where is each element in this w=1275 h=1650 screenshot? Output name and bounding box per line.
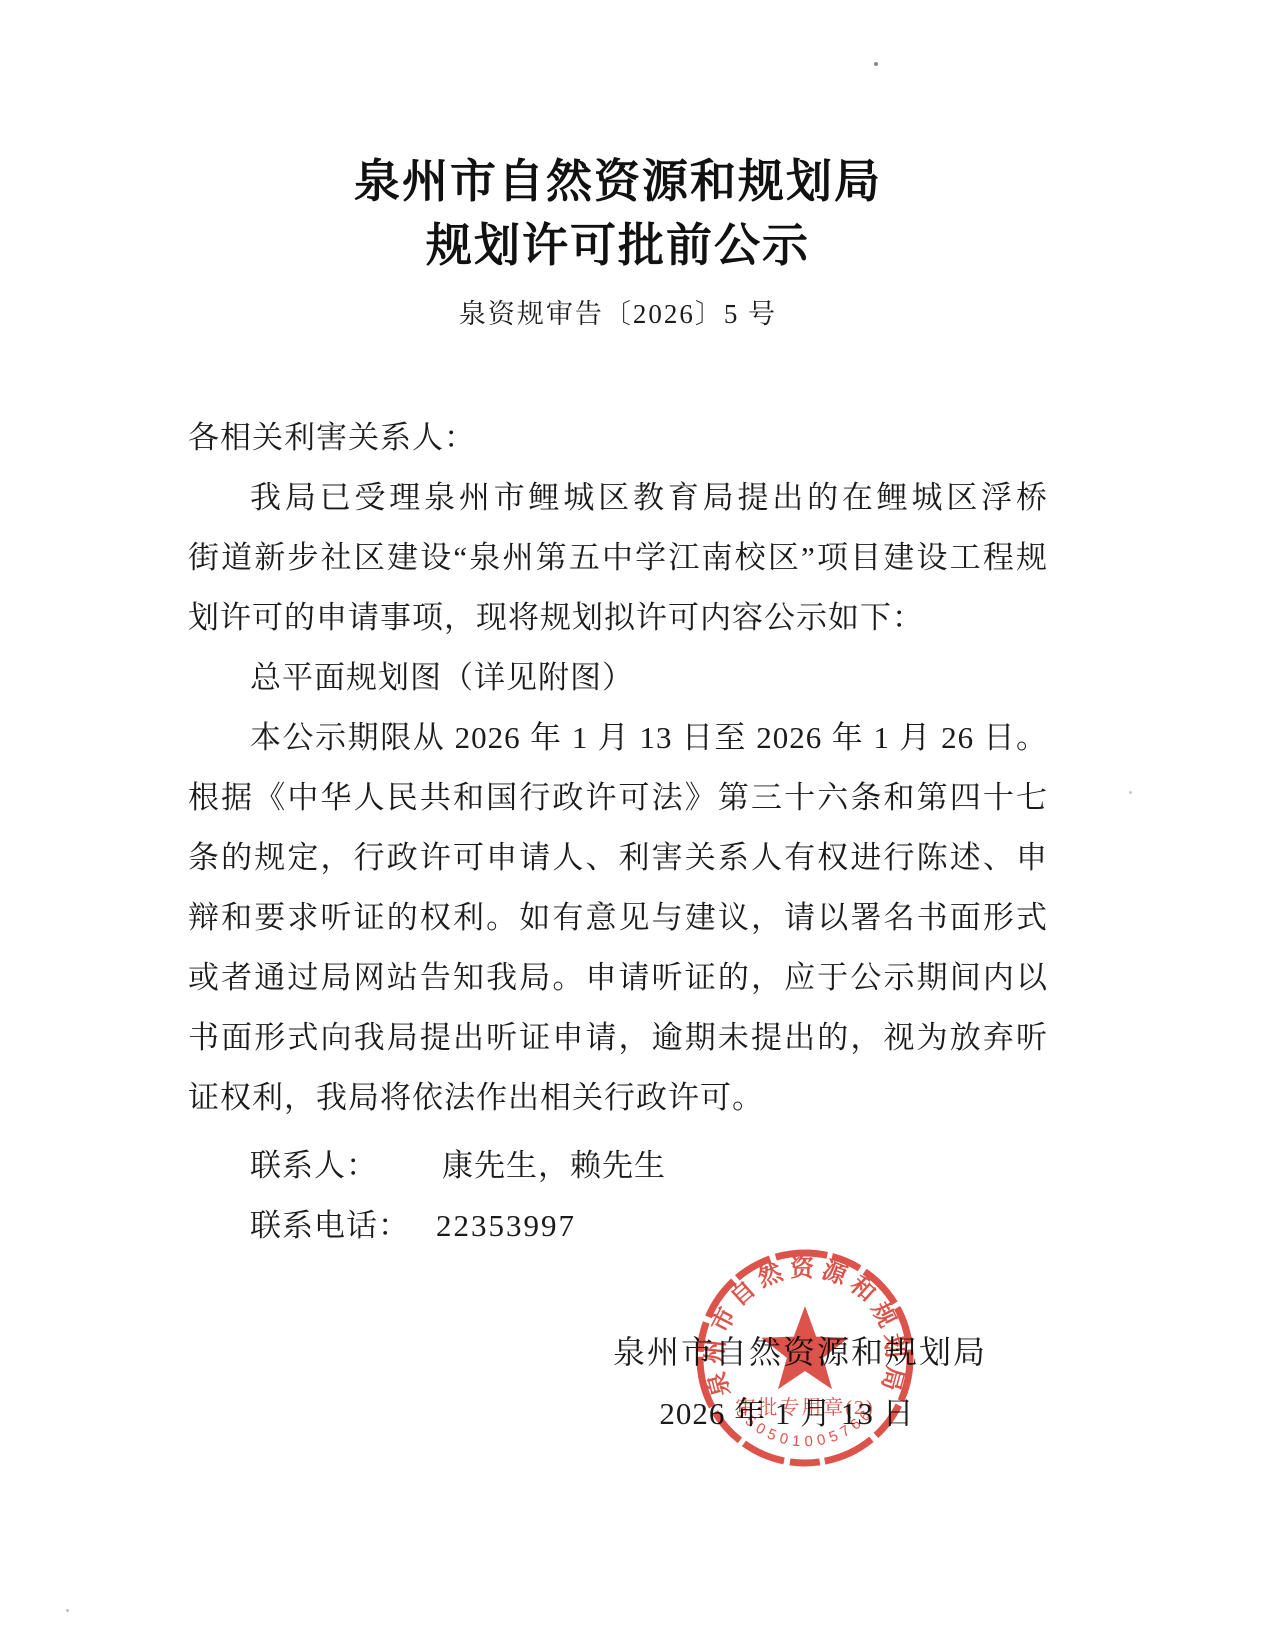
body-line: 划许可的申请事项，现将规划拟许可内容公示如下：	[188, 588, 1048, 648]
scan-artifact-dot	[874, 62, 878, 66]
contact-person-row: 联系人：康先生，赖先生	[188, 1136, 1048, 1196]
body-line: 条的规定，行政许可申请人、利害关系人有权进行陈述、申	[188, 828, 1048, 888]
body-line: 街道新步社区建设“泉州第五中学江南校区”项目建设工程规	[188, 528, 1048, 588]
body-line: 书面形式向我局提出听证申请，逾期未提出的，视为放弃听	[188, 1008, 1048, 1068]
salutation-line: 各相关利害关系人：	[188, 408, 1048, 468]
scan-artifact-dot	[66, 1609, 69, 1612]
body-line: 总平面规划图（详见附图）	[188, 648, 1048, 708]
body-line: 证权利，我局将依法作出相关行政许可。	[188, 1068, 1048, 1128]
body-line: 我局已受理泉州市鲤城区教育局提出的在鲤城区浮桥	[188, 468, 1048, 528]
contact-phone-label: 联系电话：	[250, 1208, 410, 1243]
signing-date: 2026 年 1 月 13 日	[620, 1394, 954, 1434]
document-number: 泉资规审告〔2026〕5 号	[188, 294, 1048, 334]
contact-phone-row: 联系电话：22353997	[188, 1196, 1048, 1256]
notice-body: 各相关利害关系人： 我局已受理泉州市鲤城区教育局提出的在鲤城区浮桥 街道新步社区…	[188, 408, 1048, 1256]
document-header: 泉州市自然资源和规划局 规划许可批前公示 泉资规审告〔2026〕5 号	[188, 150, 1048, 334]
notice-title: 规划许可批前公示	[188, 214, 1048, 278]
body-line: 本公示期限从 2026 年 1 月 13 日至 2026 年 1 月 26 日。	[188, 708, 1048, 768]
public-notice-document: 泉州市自然资源和规划局 规划许可批前公示 泉资规审告〔2026〕5 号 各相关利…	[0, 0, 1275, 1650]
signing-agency: 泉州市自然资源和规划局	[610, 1332, 990, 1372]
body-line: 或者通过局网站告知我局。申请听证的，应于公示期间内以	[188, 948, 1048, 1008]
contact-person-value: 康先生，赖先生	[442, 1148, 666, 1183]
agency-title: 泉州市自然资源和规划局	[188, 150, 1048, 214]
scan-artifact-dot	[1129, 791, 1132, 794]
contact-person-label: 联系人：	[250, 1148, 378, 1183]
body-line: 辩和要求听证的权利。如有意见与建议，请以署名书面形式	[188, 888, 1048, 948]
contact-phone-value: 22353997	[436, 1208, 576, 1243]
body-line: 根据《中华人民共和国行政许可法》第三十六条和第四十七	[188, 768, 1048, 828]
